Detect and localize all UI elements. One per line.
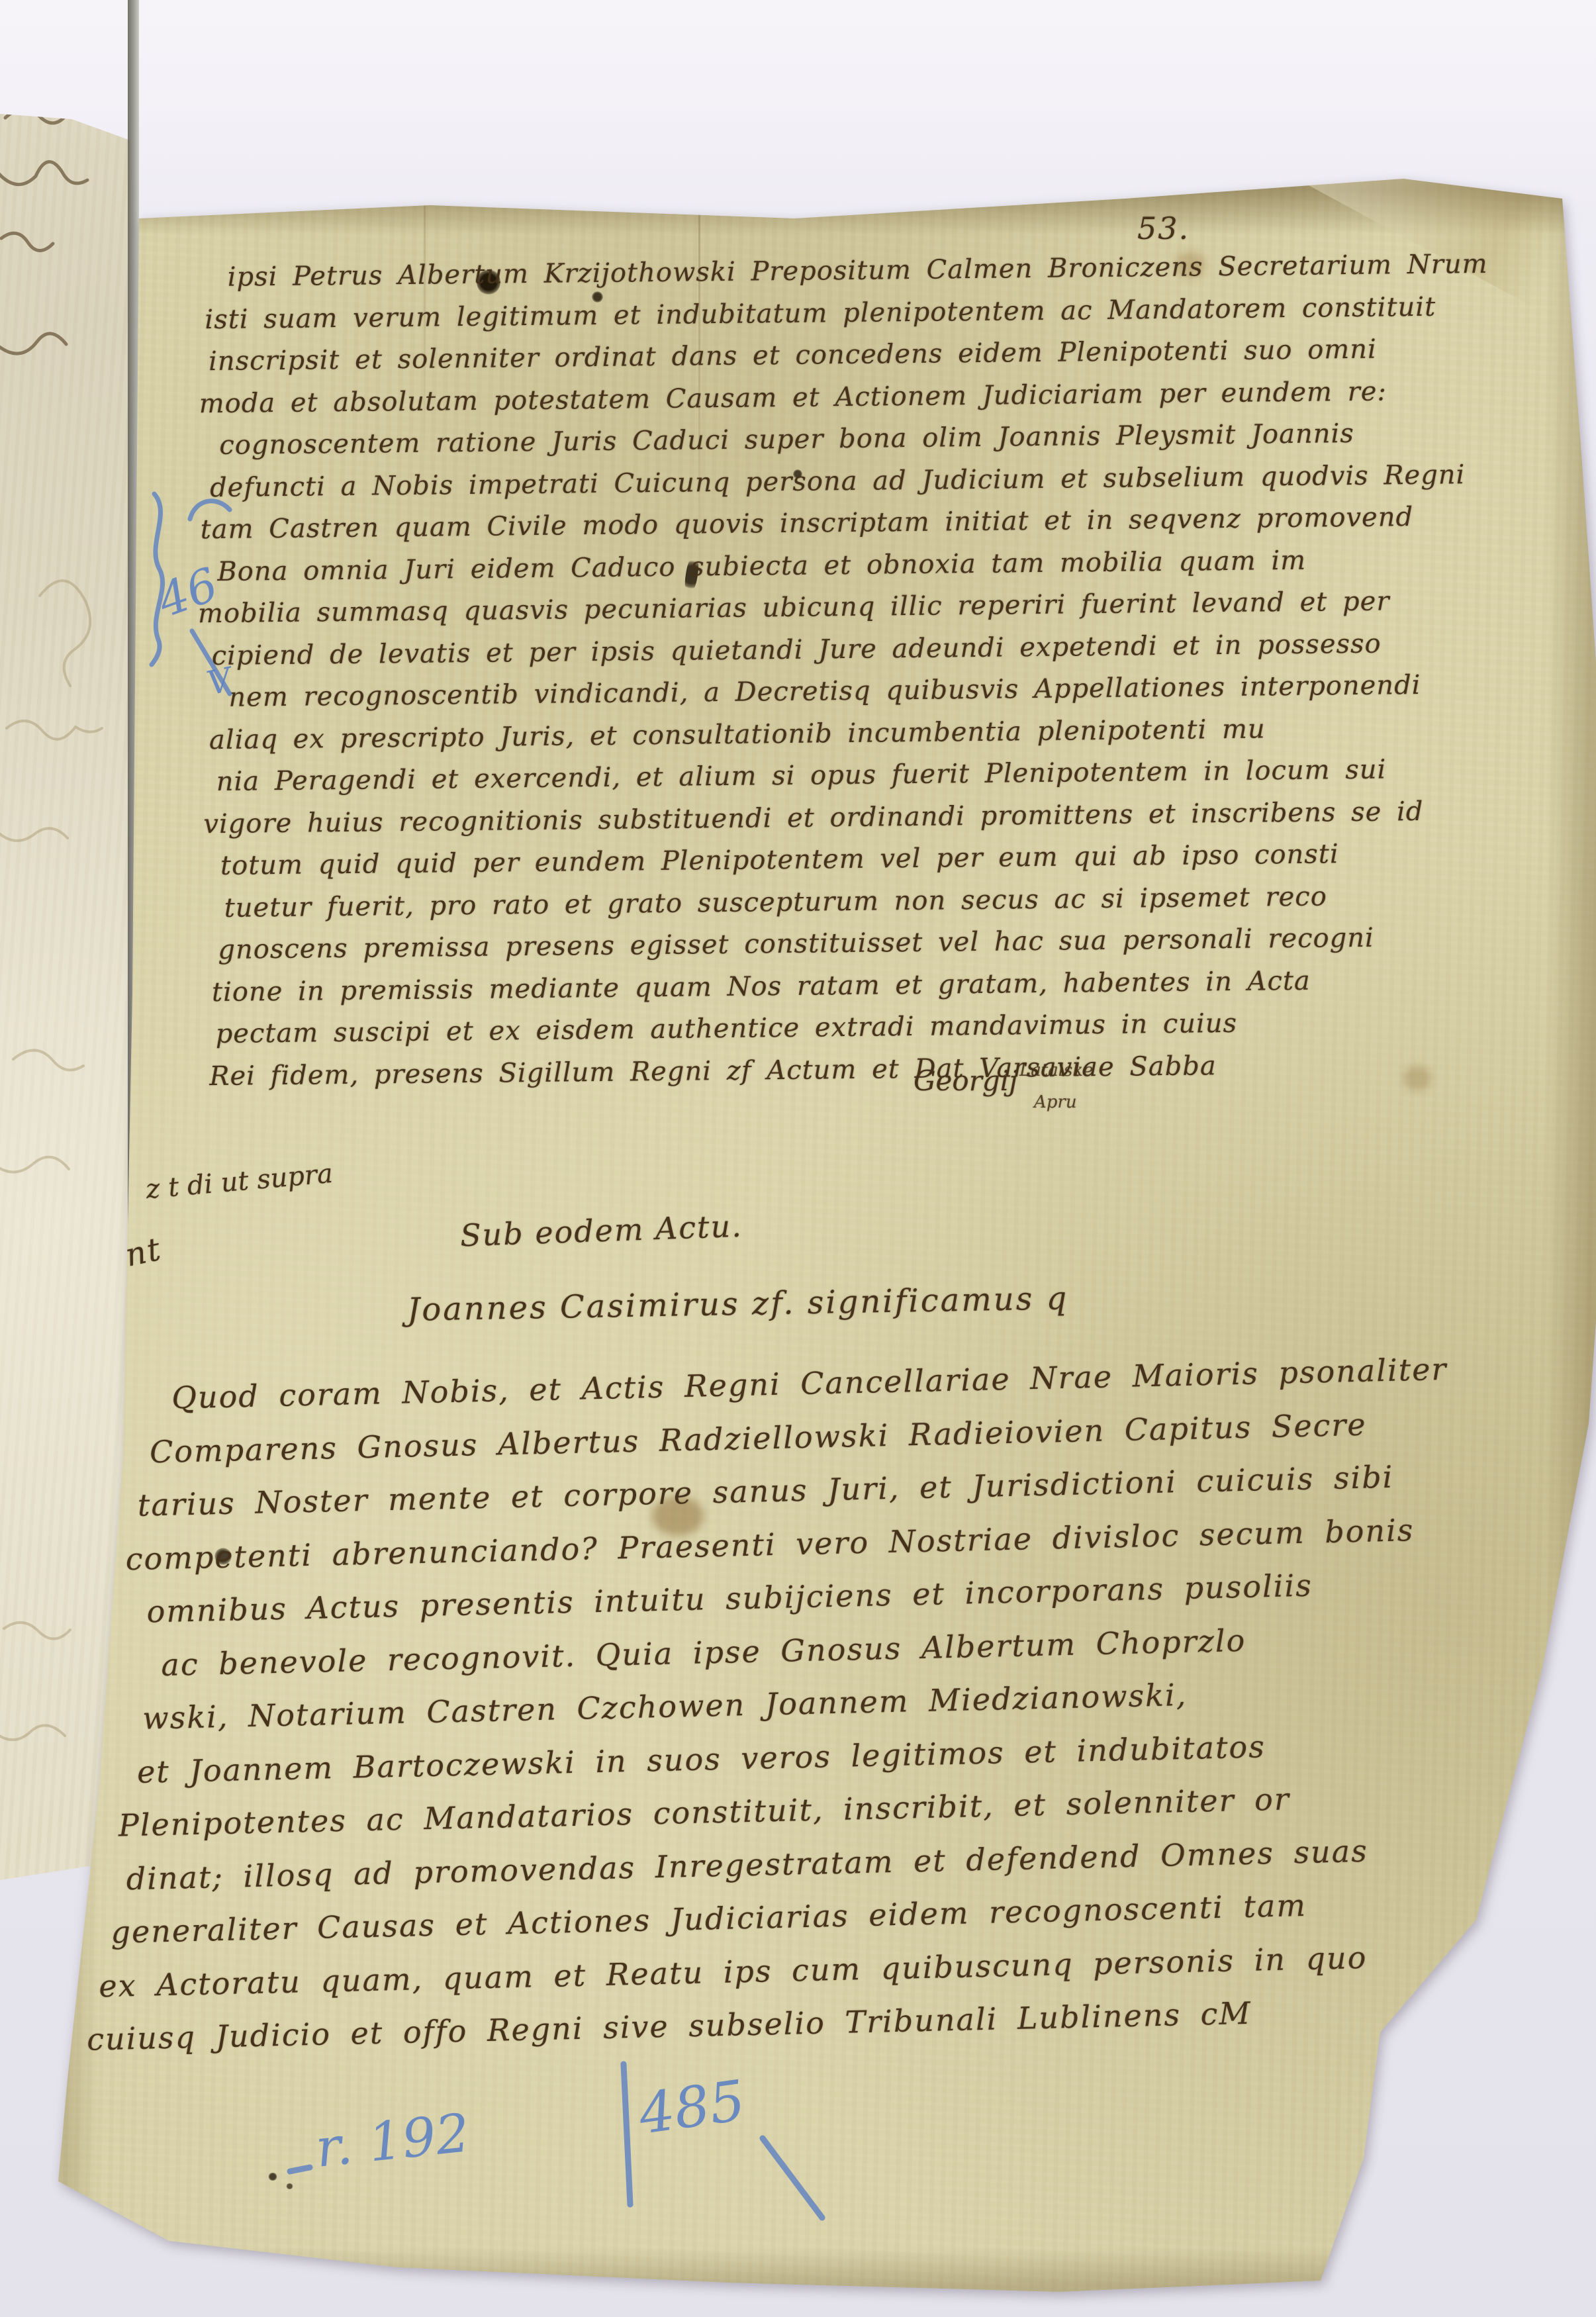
interlinear-note: Latalske [1019, 1061, 1094, 1080]
blue-pencil-bottom-left: r. 192 [312, 2102, 472, 2179]
scan-background: 53. ipsi Petrus Albertum Krzijothowski P… [0, 0, 1596, 2317]
manuscript-page-wrap: 53. ipsi Petrus Albertum Krzijothowski P… [53, 172, 1596, 2300]
blue-slash-stroke [763, 2138, 822, 2218]
blue-pencil-bottom-right: 485 [634, 2067, 749, 2147]
blue-pencil-side-group: 46 V [129, 482, 301, 710]
manuscript-page: 53. ipsi Petrus Albertum Krzijothowski P… [53, 172, 1596, 2300]
page-number: 53. [1137, 211, 1190, 246]
blue-pencil-check: V [203, 659, 238, 702]
marginal-note-attent: Attent [52, 1231, 165, 1290]
paragraph-plenipotentia: ipsi Petrus Albertum Krzijothowski Prepo… [161, 243, 1533, 1098]
date-note-georgij: Georgij [914, 1064, 1017, 1097]
blue-flourish-stroke [190, 501, 230, 519]
blue-dash-stroke [290, 2167, 310, 2171]
heading-joannes-casimirus: Joannes Casimirus zf. significamus q [407, 1280, 1069, 1328]
blue-cross-stroke [624, 2064, 630, 2204]
paragraph-recognitio: Quod coram Nobis, et Actis Regni Cancell… [71, 1341, 1536, 2066]
subheading-sub-eodem-actu: Sub eodem Actu. [459, 1208, 743, 1254]
blue-pencil-side-number: 46 [150, 557, 225, 628]
interlinear-note: Apru [1034, 1092, 1077, 1112]
marginal-note-ut-supra: z t di ut supra [145, 1158, 334, 1205]
blue-pencil-bottom-group: r. 192 485 [271, 2051, 867, 2246]
